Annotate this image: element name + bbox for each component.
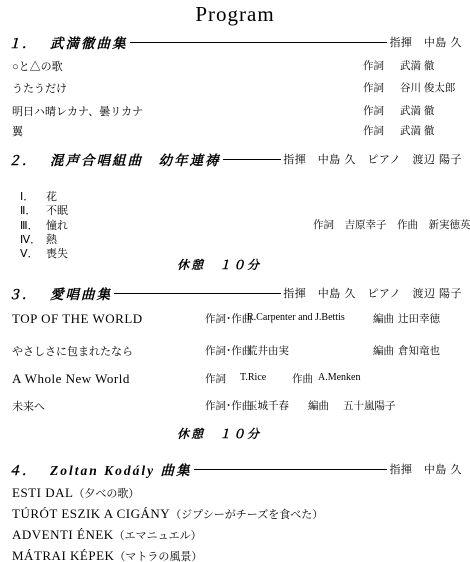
song-title: 翼	[12, 123, 23, 139]
intermission-label: 休憩 １０分	[177, 256, 261, 273]
heading-rule	[194, 469, 388, 470]
song-row: 未来へ 作詞･作曲 玉城千春 編曲 五十嵐陽子	[0, 398, 470, 412]
song-title: ○と△の歌	[12, 58, 63, 74]
song-subtitle: （夕べの歌）	[73, 488, 139, 500]
credit-label: 作曲	[292, 371, 313, 386]
credit-name: 谷川 俊太郎	[400, 80, 455, 95]
section-performers: 指揮 中島 久 ピアノ 渡辺 陽子	[283, 151, 462, 167]
song-title: うたうだけ	[12, 80, 67, 96]
credit-label: 作詞	[363, 80, 384, 95]
credit-name: 荒井由実	[247, 343, 289, 358]
song-row: TOP OF THE WORLD 作詞･作曲 R.Carpenter and J…	[0, 311, 470, 325]
section-number: ２．	[8, 150, 36, 169]
movement-item: Ⅱ．不眠	[20, 202, 68, 218]
credit-label: 編曲	[373, 343, 394, 358]
credit-label: 編曲	[308, 398, 329, 413]
song-title-latin: ESTI DAL	[12, 485, 73, 500]
credit-name: A.Menken	[318, 372, 361, 383]
credit-name: 武満 徹	[400, 123, 434, 138]
page-title: Program	[0, 2, 470, 27]
song-row: ADVENTI ÉNEK（エマニュエル）	[0, 527, 470, 541]
movements-credit: 作詞 吉原幸子 作曲 新実徳英	[313, 217, 470, 232]
heading-rule	[130, 42, 388, 43]
song-title: 明日ハ晴レカナ、曇リカナ	[12, 103, 143, 119]
song-subtitle: （エマニュエル）	[114, 530, 202, 542]
credit-name: T.Rice	[240, 372, 266, 383]
credit-label: 作詞･作曲	[205, 398, 252, 413]
movement-item: Ⅴ．喪失	[20, 245, 68, 261]
section-number: ３．	[8, 284, 36, 303]
section-title: Zoltan Kodály 曲集	[50, 459, 192, 479]
song-title: やさしさに包まれたなら	[12, 343, 133, 359]
credit-label: 作詞	[363, 103, 384, 118]
song-title-latin: TÚRÓT ESZIK A CIGÁNY	[12, 506, 170, 521]
credit-name: 武満 徹	[400, 58, 434, 73]
section-title: 混声合唱組曲 幼年連祷	[50, 149, 221, 169]
credit-label: 作詞	[363, 123, 384, 138]
credit-name: 倉知竜也	[398, 343, 440, 358]
movement-numeral: Ⅴ．	[20, 245, 46, 261]
song-title-latin: ADVENTI ÉNEK	[12, 527, 114, 542]
section-3-heading: ３． 愛唱曲集 指揮 中島 久 ピアノ 渡辺 陽子	[8, 285, 462, 301]
song-subtitle: （ジプシーがチーズを食べた）	[170, 509, 323, 521]
song-title: TÚRÓT ESZIK A CIGÁNY（ジプシーがチーズを食べた）	[12, 506, 323, 522]
section-4-heading: ４． Zoltan Kodály 曲集 指揮 中島 久	[8, 461, 462, 477]
concert-program-page: Program １． 武満徹曲集 指揮 中島 久 ○と△の歌 作詞 武満 徹 う…	[0, 0, 470, 562]
heading-rule	[114, 293, 281, 294]
song-row: ○と△の歌 作詞 武満 徹	[0, 58, 470, 72]
song-subtitle: （マトラの風景）	[114, 551, 202, 562]
heading-rule	[223, 159, 282, 160]
song-row: A Whole New World 作詞 T.Rice 作曲 A.Menken	[0, 371, 470, 385]
song-row: うたうだけ 作詞 谷川 俊太郎	[0, 80, 470, 94]
intermission-label: 休憩 １０分	[177, 425, 261, 442]
credit-name: 玉城千春	[247, 398, 289, 413]
credit-label: 作詞	[363, 58, 384, 73]
credit-label: 作詞･作曲	[205, 343, 252, 358]
song-row: 明日ハ晴レカナ、曇リカナ 作詞 武満 徹	[0, 103, 470, 117]
song-title: MÁTRAI KÉPEK（マトラの風景）	[12, 548, 202, 562]
song-title: 未来へ	[12, 398, 45, 414]
section-1-heading: １． 武満徹曲集 指揮 中島 久	[8, 34, 462, 50]
song-row: やさしさに包まれたなら 作詞･作曲 荒井由実 編曲 倉知竜也	[0, 343, 470, 357]
section-number: １．	[8, 33, 36, 52]
section-title: 武満徹曲集	[50, 32, 128, 52]
song-row: 翼 作詞 武満 徹	[0, 123, 470, 137]
credit-label: 編曲	[373, 311, 394, 326]
credit-label: 作詞	[205, 371, 226, 386]
song-title: ADVENTI ÉNEK（エマニュエル）	[12, 527, 202, 543]
song-row: ESTI DAL（夕べの歌）	[0, 485, 470, 499]
credit-name: 武満 徹	[400, 103, 434, 118]
credit-name: 辻田幸徳	[398, 311, 440, 326]
section-number: ４．	[8, 460, 36, 479]
section-performers: 指揮 中島 久	[389, 34, 462, 50]
song-row: MÁTRAI KÉPEK（マトラの風景）	[0, 548, 470, 562]
song-row: TÚRÓT ESZIK A CIGÁNY（ジプシーがチーズを食べた）	[0, 506, 470, 520]
credit-name: R.Carpenter and J.Bettis	[247, 312, 345, 323]
song-title: A Whole New World	[12, 371, 130, 387]
song-title: ESTI DAL（夕べの歌）	[12, 485, 139, 501]
credit-name: 五十嵐陽子	[343, 398, 396, 413]
section-performers: 指揮 中島 久 ピアノ 渡辺 陽子	[283, 285, 462, 301]
movement-name: 不眠	[46, 205, 68, 217]
section-2-heading: ２． 混声合唱組曲 幼年連祷 指揮 中島 久 ピアノ 渡辺 陽子	[8, 151, 462, 167]
movement-name: 喪失	[46, 248, 68, 260]
song-title: TOP OF THE WORLD	[12, 311, 143, 327]
song-title-latin: MÁTRAI KÉPEK	[12, 548, 114, 562]
movement-numeral: Ⅱ．	[20, 202, 46, 218]
section-title: 愛唱曲集	[50, 283, 112, 303]
credit-label: 作詞･作曲	[205, 311, 252, 326]
section-performers: 指揮 中島 久	[389, 461, 462, 477]
